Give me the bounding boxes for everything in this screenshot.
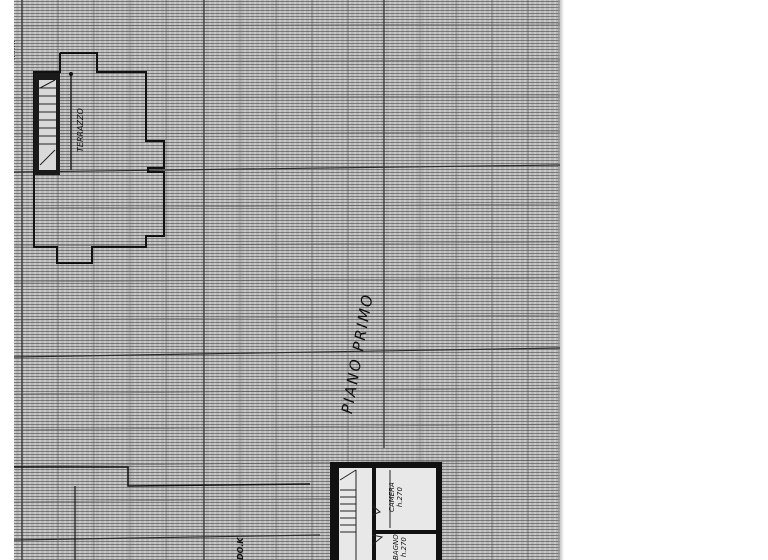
bottom-rooms	[330, 462, 442, 560]
camera-name: CAMERA	[388, 482, 396, 512]
room-label-terrazzo: TERRAZZO	[76, 108, 85, 152]
stair-top	[34, 72, 73, 175]
floor-plan-drawing	[0, 0, 768, 560]
room-label-camera: CAMERA h.270	[388, 482, 404, 512]
room-label-bagno: BAGNO h.270	[392, 534, 408, 560]
edge-label-bottom: DO.K	[236, 537, 245, 560]
camera-height: h.270	[396, 482, 404, 512]
bagno-height: h.270	[400, 534, 408, 560]
minor-grid	[14, 0, 560, 560]
bagno-name: BAGNO	[392, 534, 400, 560]
lower-outline	[14, 467, 310, 486]
edge-label-top: ........	[8, 40, 17, 60]
